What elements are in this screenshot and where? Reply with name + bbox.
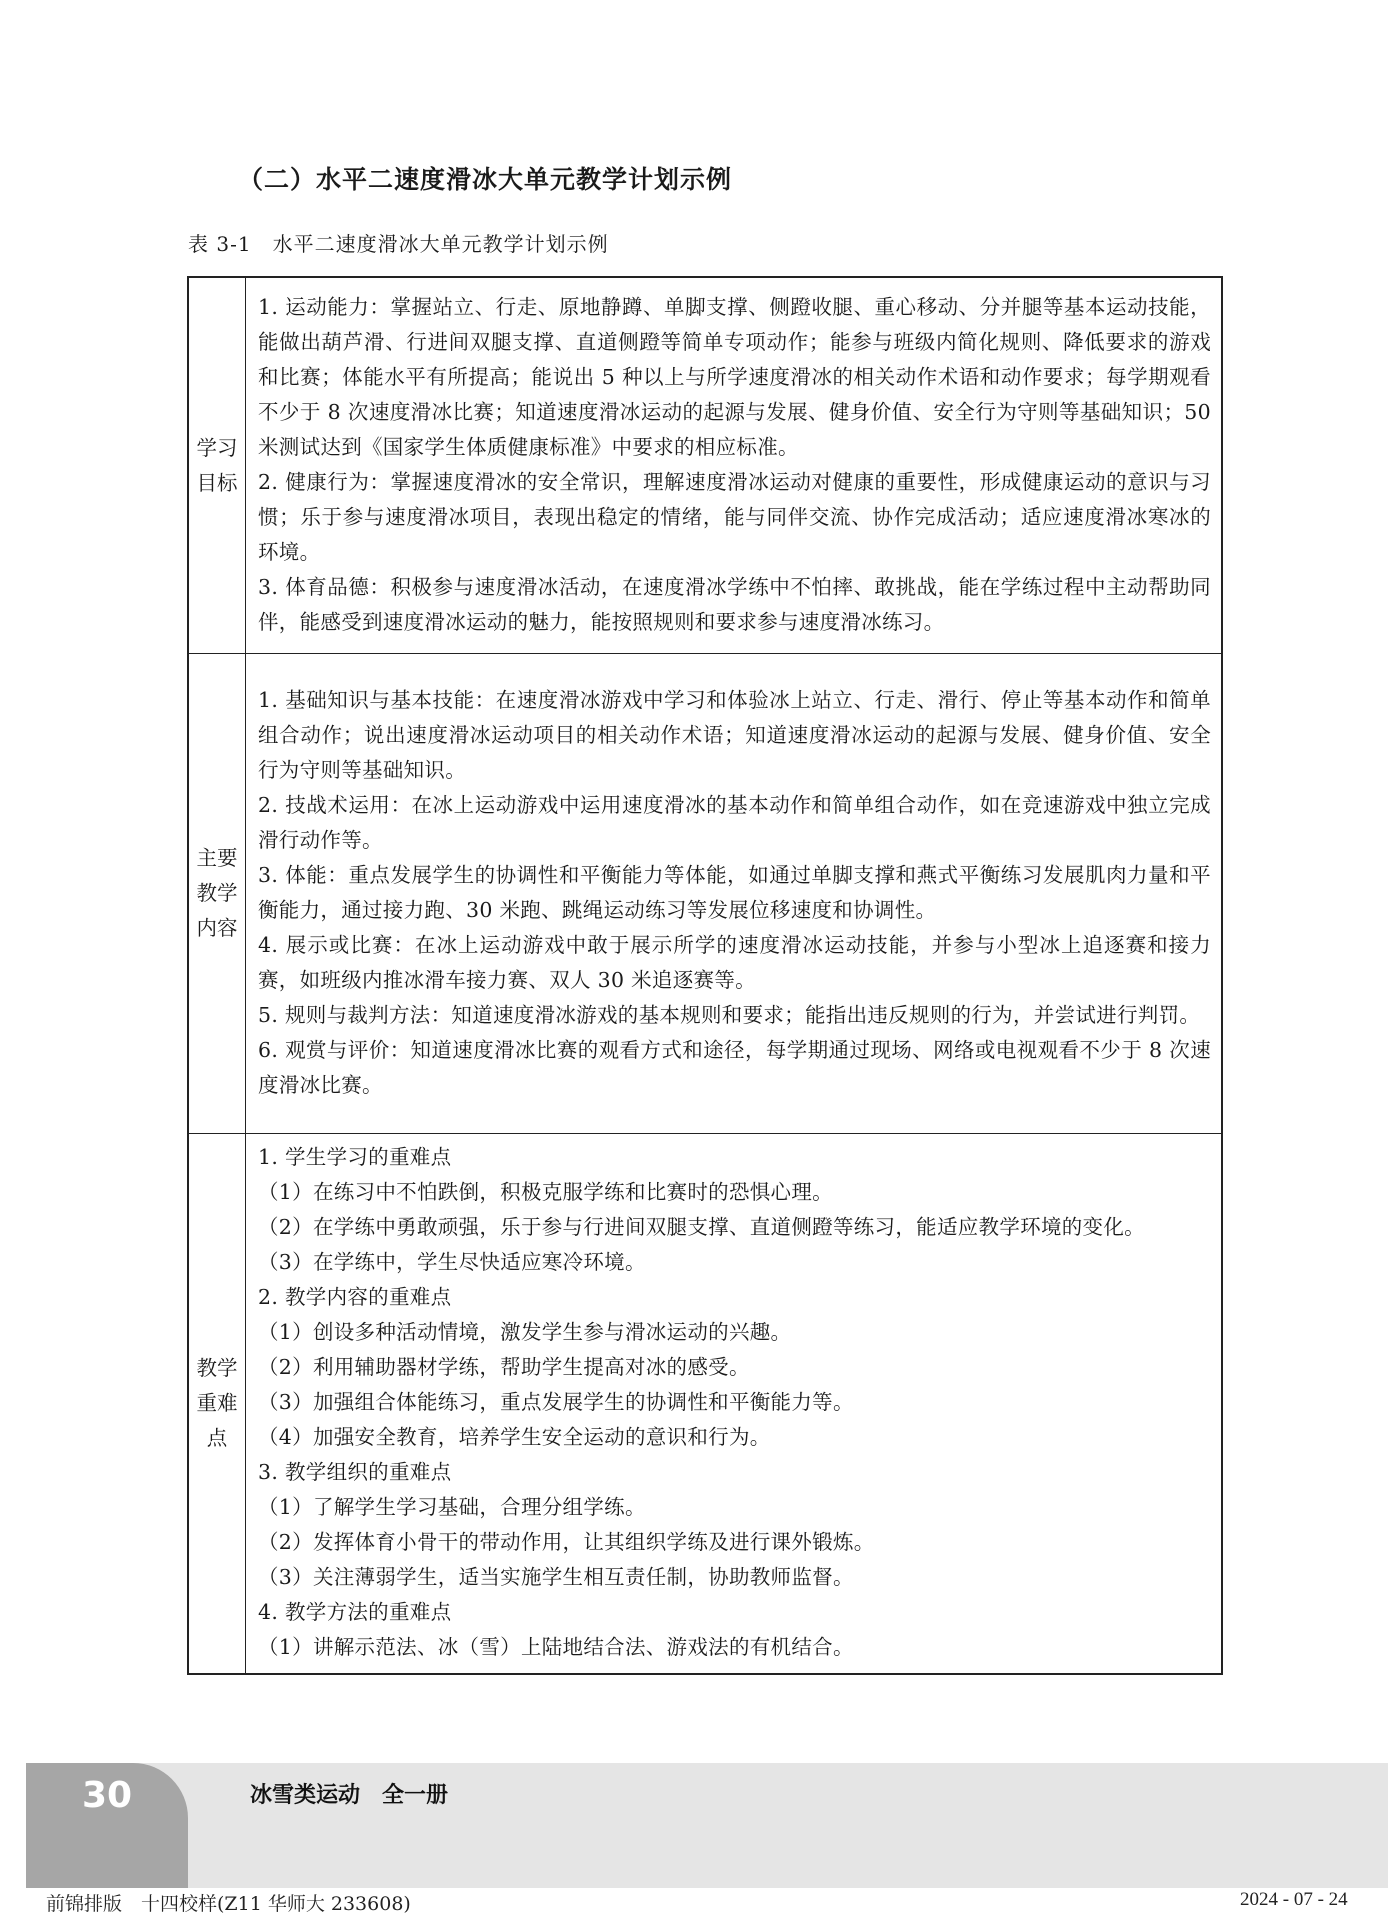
- print-date: 2024 - 07 - 24: [1240, 1889, 1348, 1911]
- difficulty-item: 2. 教学内容的重难点: [258, 1280, 1211, 1315]
- goal-item: 2. 健康行为：掌握速度滑冰的安全常识，理解速度滑冰运动对健康的重要性，形成健康…: [258, 465, 1211, 570]
- difficulty-item: 3. 教学组织的重难点: [258, 1455, 1211, 1490]
- content-item: 6. 观赏与评价：知道速度滑冰比赛的观看方式和途径，每学期通过现场、网络或电视观…: [258, 1033, 1211, 1103]
- goal-item: 3. 体育品德：积极参与速度滑冰活动，在速度滑冰学练中不怕摔、敢挑战，能在学练过…: [258, 570, 1211, 640]
- difficulty-item: 4. 教学方法的重难点: [258, 1595, 1211, 1630]
- difficulty-item: （1）了解学生学习基础，合理分组学练。: [258, 1490, 1211, 1525]
- row-label-learning-goals: 学习 目标: [188, 277, 246, 654]
- goal-item: 1. 运动能力：掌握站立、行走、原地静蹲、单脚支撑、侧蹬收腿、重心移动、分并腿等…: [258, 290, 1211, 465]
- print-info: 前锦排版 十四校样(Z11 华师大 233608): [46, 1889, 411, 1916]
- difficulty-item: （2）利用辅助器材学练，帮助学生提高对冰的感受。: [258, 1350, 1211, 1385]
- row-label-main-content: 主要 教学 内容: [188, 654, 246, 1134]
- difficulty-item: （1）讲解示范法、冰（雪）上陆地结合法、游戏法的有机结合。: [258, 1630, 1211, 1665]
- difficulty-item: （1）在练习中不怕跌倒，积极克服学练和比赛时的恐惧心理。: [258, 1175, 1211, 1210]
- content-item: 1. 基础知识与基本技能：在速度滑冰游戏中学习和体验冰上站立、行走、滑行、停止等…: [258, 683, 1211, 788]
- table-row-key-difficulties: 教学 重难 点 1. 学生学习的重难点 （1）在练习中不怕跌倒，积极克服学练和比…: [188, 1134, 1222, 1675]
- row-content-main-content: 1. 基础知识与基本技能：在速度滑冰游戏中学习和体验冰上站立、行走、滑行、停止等…: [246, 654, 1223, 1134]
- content-item: 4. 展示或比赛：在冰上运动游戏中敢于展示所学的速度滑冰运动技能，并参与小型冰上…: [258, 928, 1211, 998]
- row-label-key-difficulties: 教学 重难 点: [188, 1134, 246, 1675]
- table-caption: 表 3-1 水平二速度滑冰大单元教学计划示例: [188, 228, 609, 257]
- teaching-plan-table: 学习 目标 1. 运动能力：掌握站立、行走、原地静蹲、单脚支撑、侧蹬收腿、重心移…: [187, 276, 1223, 1675]
- difficulty-item: （3）在学练中，学生尽快适应寒冷环境。: [258, 1245, 1211, 1280]
- difficulty-item: （2）发挥体育小骨干的带动作用，让其组织学练及进行课外锻炼。: [258, 1525, 1211, 1560]
- table-row-learning-goals: 学习 目标 1. 运动能力：掌握站立、行走、原地静蹲、单脚支撑、侧蹬收腿、重心移…: [188, 277, 1222, 654]
- difficulty-item: （3）加强组合体能练习，重点发展学生的协调性和平衡能力等。: [258, 1385, 1211, 1420]
- difficulty-item: （3）关注薄弱学生，适当实施学生相互责任制，协助教师监督。: [258, 1560, 1211, 1595]
- difficulty-item: 1. 学生学习的重难点: [258, 1140, 1211, 1175]
- section-heading: （二）水平二速度滑冰大单元教学计划示例: [238, 160, 732, 196]
- difficulty-item: （4）加强安全教育，培养学生安全运动的意识和行为。: [258, 1420, 1211, 1455]
- row-content-key-difficulties: 1. 学生学习的重难点 （1）在练习中不怕跌倒，积极克服学练和比赛时的恐惧心理。…: [246, 1134, 1223, 1675]
- content-item: 5. 规则与裁判方法：知道速度滑冰游戏的基本规则和要求；能指出违反规则的行为，并…: [258, 998, 1211, 1033]
- table-row-main-content: 主要 教学 内容 1. 基础知识与基本技能：在速度滑冰游戏中学习和体验冰上站立、…: [188, 654, 1222, 1134]
- content-item: 2. 技战术运用：在冰上运动游戏中运用速度滑冰的基本动作和简单组合动作，如在竞速…: [258, 788, 1211, 858]
- row-content-learning-goals: 1. 运动能力：掌握站立、行走、原地静蹲、单脚支撑、侧蹬收腿、重心移动、分并腿等…: [246, 277, 1223, 654]
- difficulty-item: （1）创设多种活动情境，激发学生参与滑冰运动的兴趣。: [258, 1315, 1211, 1350]
- content-item: 3. 体能：重点发展学生的协调性和平衡能力等体能，如通过单脚支撑和燕式平衡练习发…: [258, 858, 1211, 928]
- page-number: 30: [26, 1771, 188, 1821]
- difficulty-item: （2）在学练中勇敢顽强，乐于参与行进间双腿支撑、直道侧蹬等练习，能适应教学环境的…: [258, 1210, 1211, 1245]
- book-title: 冰雪类运动 全一册: [250, 1778, 448, 1809]
- footer-band: [26, 1763, 1388, 1888]
